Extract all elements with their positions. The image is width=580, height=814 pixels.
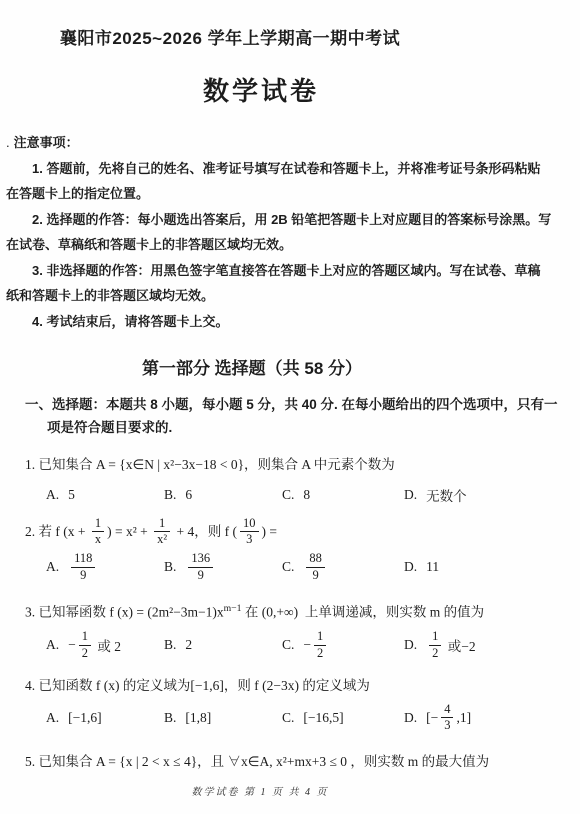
notice-section: .注意事项： 1. 答题前，先将自己的姓名、准考证号填写在试卷和答题卡上，并将准… <box>6 130 552 334</box>
page-footer: 数学试卷 第 1 页 共 4 页 <box>0 783 520 798</box>
question-1: 1. 已知集合 A = {x∈N | x²−3x−18 < 0}，则集合 A 中… <box>25 454 580 505</box>
option-c-label: C. <box>282 487 294 503</box>
frac-den: 9 <box>188 567 213 583</box>
option-c-value: 8 <box>303 487 310 503</box>
option-d-label: D. <box>404 487 417 503</box>
fraction: 1x <box>92 517 104 548</box>
frac-num: 1 <box>429 630 441 645</box>
frac-num: 1 <box>314 630 326 645</box>
option-d-label: D. <box>404 637 417 653</box>
option-c-label: C. <box>282 637 294 653</box>
frac-den: 3 <box>441 717 453 733</box>
frac-num: 1 <box>92 517 104 532</box>
frac-den: 2 <box>314 645 326 661</box>
section-instructions: 一、选择题：本题共 8 小题，每小题 5 分，共 40 分. 在每小题给出的四个… <box>25 393 562 439</box>
q4-option-a: A.[−1,6] <box>46 710 164 726</box>
frac-den: x <box>92 531 104 547</box>
option-d-suffix: 或−2 <box>444 635 475 655</box>
q3-option-b: B.2 <box>164 637 282 653</box>
fraction: 43 <box>441 703 453 734</box>
notice-item-2: 2. 选择题的作答：每小题选出答案后，用 2B 铅笔把答题卡上对应题目的答案标号… <box>6 207 552 257</box>
option-d-label: D. <box>404 710 417 726</box>
question-5-stem: 5. 已知集合 A = {x | 2 < x ≤ 4}，且 ∀x∈A, x²+m… <box>25 751 580 773</box>
q1-option-d: D.无数个 <box>404 485 580 505</box>
frac-num: 1 <box>79 630 91 645</box>
question-2-options: A.1189 B.1369 C.889 D.11 <box>46 552 580 583</box>
q4-option-d: D.[−43,1] <box>404 703 580 734</box>
option-d-value: 无数个 <box>426 485 467 505</box>
frac-num: 88 <box>306 552 325 567</box>
q2-option-a: A.1189 <box>46 552 164 583</box>
fraction: 889 <box>306 552 325 583</box>
question-2: 2. 若 f (x + 1x ) = x² + 1x² + 4，则 f ( 10… <box>25 517 580 583</box>
footer-text: 数学试卷 第 1 页 共 4 页 <box>192 787 329 798</box>
question-5: 5. 已知集合 A = {x | 2 < x ≤ 4}，且 ∀x∈A, x²+m… <box>25 751 580 773</box>
option-b-label: B. <box>164 637 176 653</box>
option-a-label: A. <box>46 559 59 575</box>
question-3-stem: 3. 已知幂函数 f (x) = (2m²−3m−1)xm−1 在 (0,+∞)… <box>25 598 580 624</box>
option-a-label: A. <box>46 637 59 653</box>
q3-option-d: D.12 或−2 <box>404 630 580 661</box>
question-4: 4. 已知函数 f (x) 的定义域为[−1,6]，则 f (2−3x) 的定义… <box>25 675 580 734</box>
option-a-label: A. <box>46 487 59 503</box>
option-b-value: 6 <box>185 487 192 503</box>
question-1-stem: 1. 已知集合 A = {x∈N | x²−3x−18 < 0}，则集合 A 中… <box>25 454 580 476</box>
q2-option-d: D.11 <box>404 559 580 575</box>
option-c-value: [−16,5] <box>303 710 343 726</box>
question-1-options: A.5 B.6 C.8 D.无数个 <box>46 485 580 505</box>
option-b-label: B. <box>164 559 176 575</box>
q2-option-b: B.1369 <box>164 552 282 583</box>
option-a-suffix: 或 2 <box>94 635 121 655</box>
option-c-minus: − <box>303 637 311 653</box>
scan-artifact-dot: . <box>6 135 10 150</box>
fraction: 12 <box>79 630 91 661</box>
q3-exponent: m−1 <box>224 603 242 614</box>
frac-num: 10 <box>240 517 259 532</box>
option-a-value: 5 <box>68 487 75 503</box>
q2-stem-text-2: ) = x² + <box>107 521 151 543</box>
exam-paper-page: 襄阳市2025~2026 学年上学期高一期中考试 数学试卷 .注意事项： 1. … <box>0 0 580 814</box>
notice-heading-row: .注意事项： <box>6 130 552 155</box>
option-c-label: C. <box>282 710 294 726</box>
frac-den: 2 <box>79 645 91 661</box>
frac-num: 118 <box>71 552 95 567</box>
notice-item-1: 1. 答题前，先将自己的姓名、准考证号填写在试卷和答题卡上，并将准考证号条形码粘… <box>6 156 552 206</box>
option-c-label: C. <box>282 559 294 575</box>
exam-session-title: 襄阳市2025~2026 学年上学期高一期中考试 <box>0 28 460 49</box>
option-d-label: D. <box>404 559 417 575</box>
option-b-value: [1,8] <box>185 710 211 726</box>
frac-num: 136 <box>188 552 213 567</box>
question-3-options: A.−12 或 2 B.2 C.−12 D.12 或−2 <box>46 630 580 661</box>
option-a-minus: − <box>68 637 76 653</box>
option-b-label: B. <box>164 710 176 726</box>
q2-option-c: C.889 <box>282 552 404 583</box>
notice-item-3: 3. 非选择题的作答：用黑色签字笔直接答在答题卡上对应的答题区域内。写在试卷、草… <box>6 258 552 308</box>
q3-stem-text-2: 在 (0,+∞) 上单调递减，则实数 m 的值为 <box>242 604 485 619</box>
fraction: 1369 <box>188 552 213 583</box>
question-2-stem: 2. 若 f (x + 1x ) = x² + 1x² + 4，则 f ( 10… <box>25 517 580 548</box>
question-4-options: A.[−1,6] B.[1,8] C.[−16,5] D.[−43,1] <box>46 703 580 734</box>
q1-option-b: B.6 <box>164 487 282 503</box>
frac-num: 1 <box>154 517 170 532</box>
q3-option-c: C.−12 <box>282 630 404 661</box>
frac-den: 9 <box>71 567 95 583</box>
option-a-label: A. <box>46 710 59 726</box>
frac-num: 4 <box>441 703 453 718</box>
fraction: 12 <box>429 630 441 661</box>
frac-den: 2 <box>429 645 441 661</box>
option-d-prefix: [− <box>426 710 438 726</box>
fraction: 1x² <box>154 517 170 548</box>
q4-option-b: B.[1,8] <box>164 710 282 726</box>
q4-option-c: C.[−16,5] <box>282 710 404 726</box>
question-4-stem: 4. 已知函数 f (x) 的定义域为[−1,6]，则 f (2−3x) 的定义… <box>25 675 580 697</box>
fraction: 1189 <box>71 552 95 583</box>
question-3: 3. 已知幂函数 f (x) = (2m²−3m−1)xm−1 在 (0,+∞)… <box>25 598 580 661</box>
q1-option-c: C.8 <box>282 487 404 503</box>
paper-title: 数学试卷 <box>0 76 522 107</box>
q2-stem-text-3: + 4，则 f ( <box>173 521 237 543</box>
option-d-suffix: ,1] <box>456 710 471 726</box>
option-b-label: B. <box>164 487 176 503</box>
section-title: 第一部分 选择题（共 58 分） <box>0 358 504 380</box>
q2-stem-text-4: ) = <box>262 521 277 543</box>
frac-den: x² <box>154 531 170 547</box>
q3-stem-text-1: 3. 已知幂函数 f (x) = (2m²−3m−1)x <box>25 604 224 619</box>
q1-option-a: A.5 <box>46 487 164 503</box>
notice-heading: 注意事项： <box>14 135 79 150</box>
fraction: 103 <box>240 517 259 548</box>
option-d-value: 11 <box>426 559 439 575</box>
fraction: 12 <box>314 630 326 661</box>
frac-den: 3 <box>240 531 259 547</box>
option-a-value: [−1,6] <box>68 710 101 726</box>
option-b-value: 2 <box>185 637 192 653</box>
q2-stem-text-1: 2. 若 f (x + <box>25 521 89 543</box>
frac-den: 9 <box>306 567 325 583</box>
q3-option-a: A.−12 或 2 <box>46 630 164 661</box>
notice-item-4: 4. 考试结束后，请将答题卡上交。 <box>6 309 552 334</box>
